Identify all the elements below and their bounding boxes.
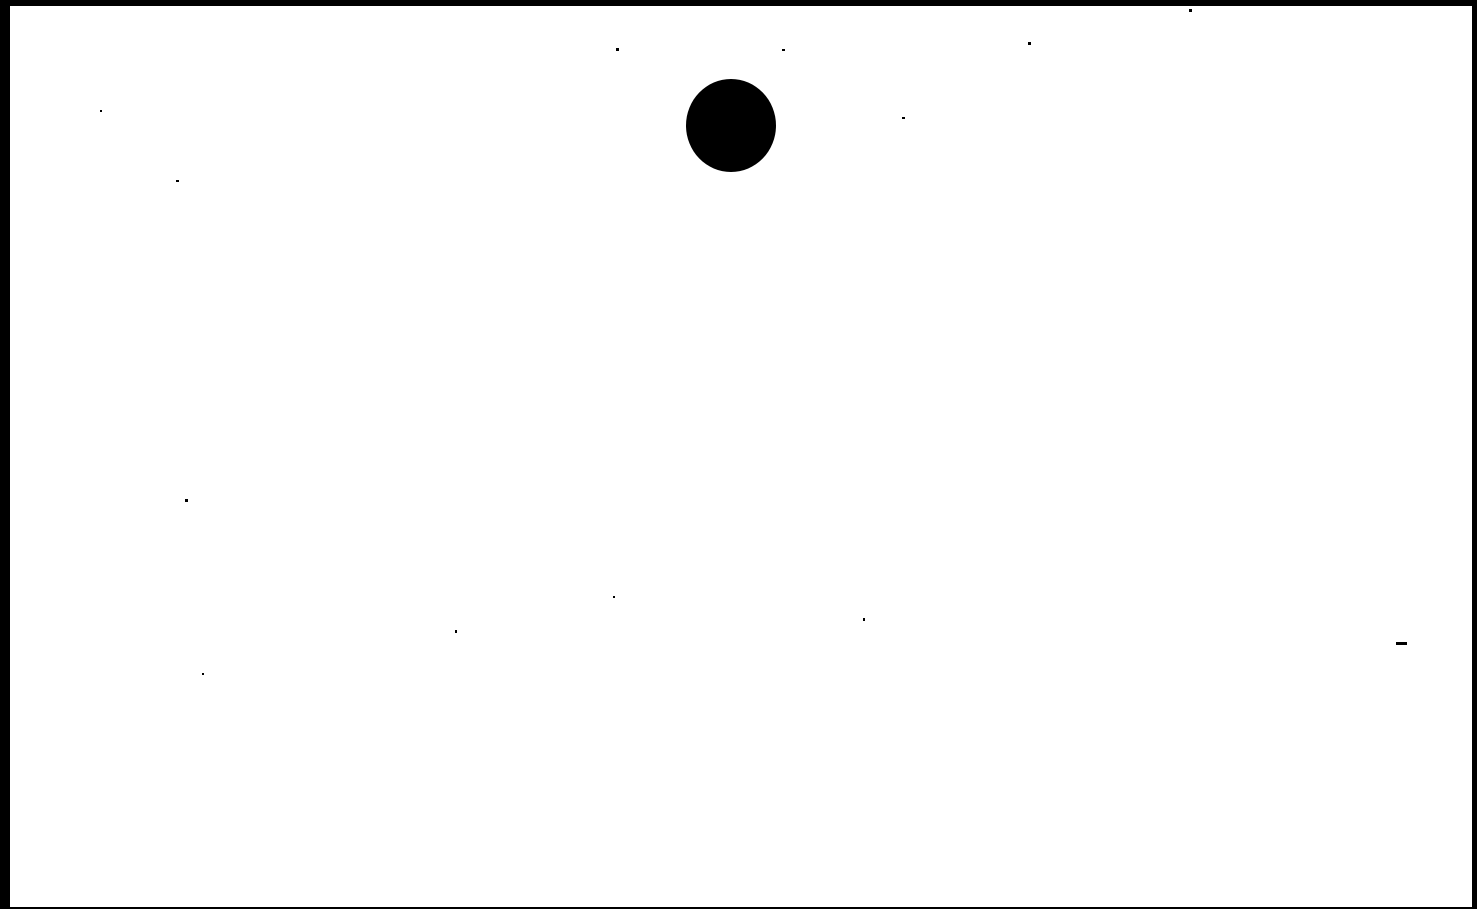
speck — [863, 618, 865, 621]
speck — [616, 48, 619, 51]
speck — [1189, 9, 1192, 12]
speck — [185, 499, 188, 502]
speck — [100, 110, 102, 112]
speck — [1396, 642, 1407, 645]
speck — [202, 673, 204, 675]
speck — [782, 49, 785, 51]
speck — [176, 180, 179, 182]
speck — [902, 117, 905, 119]
image-frame — [0, 0, 1477, 909]
speck — [455, 630, 457, 633]
speck — [1028, 42, 1031, 45]
speck — [613, 596, 615, 598]
black-circle — [686, 79, 776, 172]
